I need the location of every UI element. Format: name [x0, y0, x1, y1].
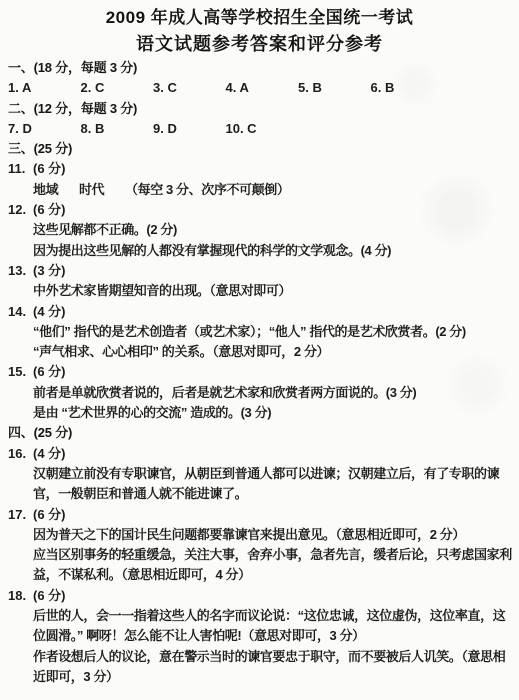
item-17-answer-line: 益，不谋私利。（意思相近即可，4 分）	[33, 565, 519, 585]
section-2-heading: 二、(12 分，每题 3 分)	[8, 99, 519, 119]
item-18-answer-line: 位圆滑。” 啊呀！怎么能不让人害怕呢!（意思对即可，3 分）	[33, 626, 519, 646]
section-2-answers-row: 7. D8. B9. D10. C	[8, 119, 519, 139]
answer-choice-2: 2. C	[81, 78, 154, 98]
section-1-heading: 一、(18 分，每题 3 分)	[8, 58, 519, 78]
item-17-score: (6 分)	[33, 507, 66, 522]
item-16-answer-line: 汉朝建立前没有专职谏官，从朝臣到普通人都可以进谏；汉朝建立后，有了专职的谏	[33, 464, 519, 484]
answer-item-15: 15.(6 分) 前者是单就欣赏者说的，后者是就艺术家和欣赏者两方面说的。(3 …	[0, 362, 519, 423]
answer-item-18: 18.(6 分) 后世的人，会一一指着这些人的名字而议论说：“这位忠诚，这位虚伪…	[0, 586, 519, 687]
answer-choice-5: 5. B	[298, 78, 371, 98]
section-4-heading: 四、(25 分)	[8, 423, 519, 443]
item-16-score: (4 分)	[33, 446, 66, 461]
answer-choice-1: 1. A	[8, 78, 81, 98]
item-12-answer-line: 因为提出这些见解的人都没有掌握现代的科学的文学观念。(4 分)	[33, 241, 519, 261]
item-18-answer-line: 近即可，3 分）	[33, 667, 519, 687]
item-18-answer-line: 作者设想后人的议论，意在警示当时的谏官要忠于职守，而不要被后人讥笑。（意思相	[33, 647, 519, 667]
item-11-blank-2: 时代	[79, 180, 125, 200]
item-12-answer-line: 这些见解都不正确。(2 分)	[33, 220, 519, 240]
item-15-answer-line: 前者是单就欣赏者说的，后者是就艺术家和欣赏者两方面说的。(3 分)	[33, 383, 519, 403]
doc-title-line1: 2009 年成人高等学校招生全国统一考试	[0, 5, 519, 31]
item-16-number: 16.	[8, 444, 33, 464]
item-13-score: (3 分)	[33, 263, 66, 278]
answer-item-16: 16.(4 分) 汉朝建立前没有专职谏官，从朝臣到普通人都可以进谏；汉朝建立后，…	[0, 444, 519, 505]
item-14-number: 14.	[8, 302, 33, 322]
item-17-answer-line: 应当区别事务的轻重缓急，关注大事，舍弃小事，急者先言，缓者后论，只考虑国家利	[33, 545, 519, 565]
answer-choice-10: 10. C	[226, 119, 299, 139]
section-3-heading: 三、(25 分)	[8, 139, 519, 159]
item-18-score: (6 分)	[33, 588, 66, 603]
answer-item-12: 12.(6 分) 这些见解都不正确。(2 分) 因为提出这些见解的人都没有掌握现…	[0, 200, 519, 261]
doc-title-line2: 语文试题参考答案和评分参考	[0, 31, 519, 58]
item-18-number: 18.	[8, 586, 33, 606]
answer-item-13: 13.(3 分) 中外艺术家皆期望知音的出现。（意思对即可）	[0, 261, 519, 302]
item-16-answer-line: 官，一般朝臣和普通人就不能进谏了。	[33, 484, 519, 504]
item-12-score: (6 分)	[33, 202, 66, 217]
answer-choice-8: 8. B	[81, 119, 154, 139]
answer-choice-9: 9. D	[153, 119, 226, 139]
item-11-scoring-note: （每空 3 分、次序不可颠倒）	[125, 182, 289, 197]
item-11-answer-line: 地域时代（每空 3 分、次序不可颠倒）	[33, 180, 519, 200]
answer-choice-7: 7. D	[8, 119, 81, 139]
item-13-answer-line: 中外艺术家皆期望知音的出现。（意思对即可）	[33, 281, 519, 301]
item-11-number: 11.	[8, 159, 33, 179]
item-15-score: (6 分)	[33, 364, 66, 379]
answer-choice-6: 6. B	[371, 78, 444, 98]
item-15-answer-line: 是由 “艺术世界的心的交流” 造成的。(3 分)	[33, 403, 519, 423]
answer-item-17: 17.(6 分) 因为普天之下的国计民生问题都要靠谏官来提出意见。（意思相近即可…	[0, 505, 519, 586]
item-17-number: 17.	[8, 505, 33, 525]
answer-choice-3: 3. C	[153, 78, 226, 98]
item-14-answer-line: “声气相求、心心相印” 的关系。（意思对即可，2 分）	[33, 342, 519, 362]
answer-item-11: 11.(6 分) 地域时代（每空 3 分、次序不可颠倒）	[0, 159, 519, 200]
item-15-number: 15.	[8, 362, 33, 382]
section-1-answers-row: 1. A2. C3. C4. A5. B6. B	[8, 78, 519, 98]
item-18-answer-line: 后世的人，会一一指着这些人的名字而议论说：“这位忠诚，这位虚伪，这位率直，这	[33, 606, 519, 626]
item-14-score: (4 分)	[33, 304, 66, 319]
item-11-blank-1: 地域	[33, 180, 79, 200]
item-13-number: 13.	[8, 261, 33, 281]
answer-choice-4: 4. A	[226, 78, 299, 98]
item-17-answer-line: 因为普天之下的国计民生问题都要靠谏官来提出意见。（意思相近即可，2 分）	[33, 525, 519, 545]
item-14-answer-line: “他们” 指代的是艺术创造者（或艺术家）；“他人” 指代的是艺术欣赏者。(2 分…	[33, 322, 519, 342]
answer-item-14: 14.(4 分) “他们” 指代的是艺术创造者（或艺术家）；“他人” 指代的是艺…	[0, 302, 519, 363]
item-11-score: (6 分)	[33, 161, 66, 176]
item-12-number: 12.	[8, 200, 33, 220]
scanned-answer-key-page: 2009 年成人高等学校招生全国统一考试 语文试题参考答案和评分参考 一、(18…	[0, 0, 519, 700]
